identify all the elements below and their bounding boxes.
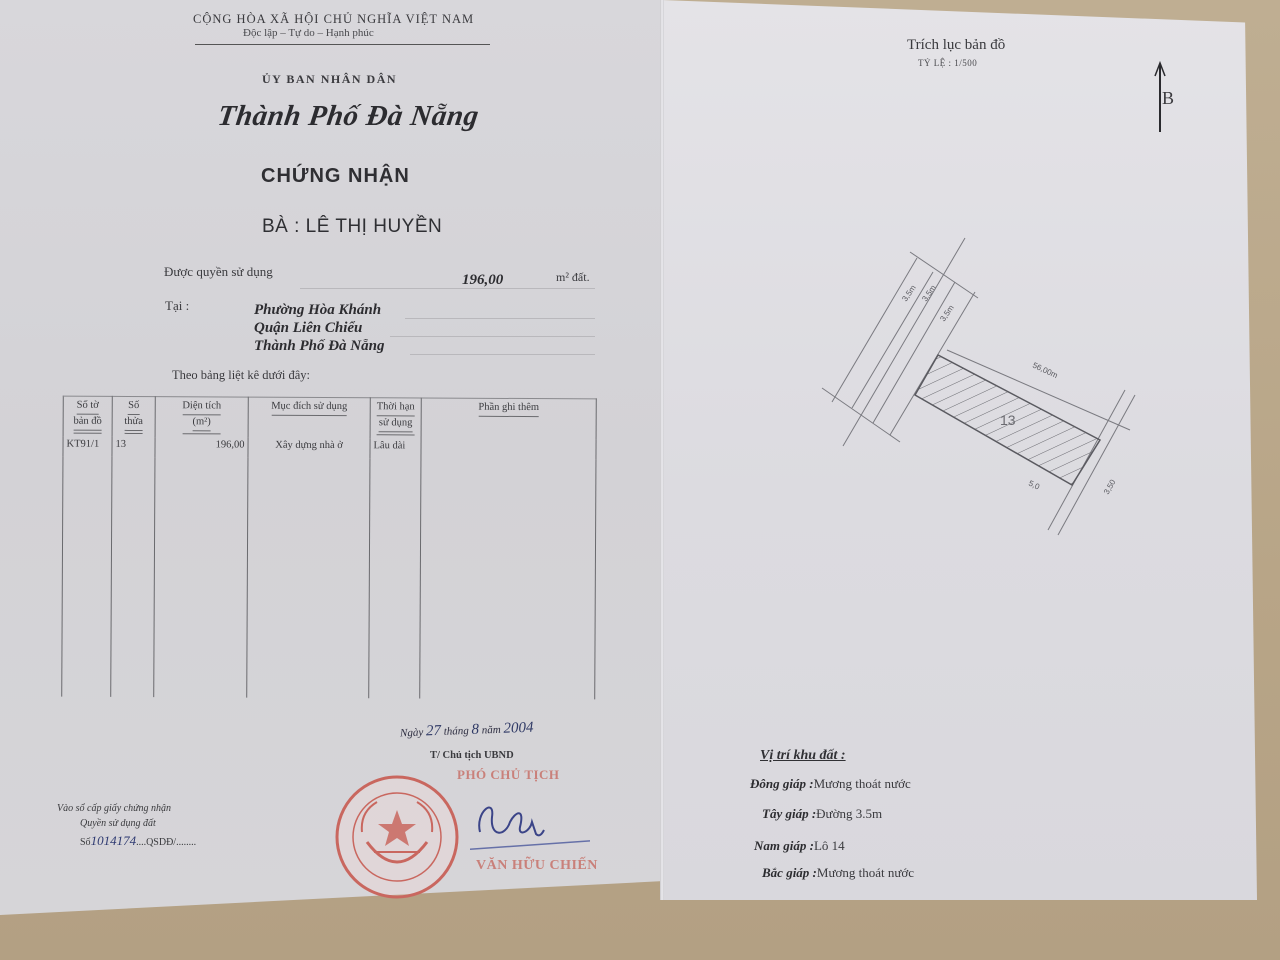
north-arrow-icon: B [1147,60,1177,135]
national-motto: Độc lập – Tự do – Hạnh phúc [243,27,374,39]
cell-term: Lâu dài [370,438,421,458]
col-notes: Phần ghi thêm [421,398,596,439]
border-north: Bắc giáp :Mương thoát nước [762,865,914,881]
area-unit: m² đất. [556,270,590,285]
signer-role-stamp: PHÓ CHỦ TỊCH [457,767,560,783]
page-fold [660,0,664,900]
signature [470,792,590,852]
svg-text:56,00m: 56,00m [1031,361,1059,381]
svg-text:3,5m: 3,5m [920,283,938,303]
col-purpose: Mục đích sử dụng [248,397,370,438]
district: Quận Liên Chiểu [254,320,362,337]
date-month: 8 [471,722,479,738]
cell-notes [421,438,596,459]
map-extract-title: Trích lục bản đồ [907,37,1005,54]
registration-line-1: Vào sổ cấp giấy chứng nhận [57,803,171,814]
cell-area: 196,00 [155,437,248,457]
svg-text:13: 13 [1000,412,1016,428]
certificate-title: CHỨNG NHẬN [261,165,410,188]
table-row: KT91/1 13 196,00 Xây dựng nhà ở Lâu dài [63,437,596,460]
svg-text:3,5m: 3,5m [900,283,918,303]
cell-parcel: 13 [112,437,155,457]
dotted-line [300,288,595,289]
dotted-line [390,336,595,337]
registration-number: Số1014174....QSDĐ/........ [80,833,196,849]
col-area: Diện tích(m²) [155,397,248,438]
ward: Phường Hòa Khánh [254,302,381,319]
svg-text:3,50: 3,50 [1102,478,1118,496]
city: Thành Phố Đà Nẵng [254,338,384,355]
border-east: Đông giáp :Mương thoát nước [750,776,911,792]
cell-purpose: Xây dựng nhà ở [248,438,370,459]
signer-name-stamp: VĂN HỮU CHIẾN [476,858,598,874]
date-day: 27 [426,723,442,740]
table-empty-row [62,457,596,700]
svg-text:B: B [1162,88,1174,108]
map-scale: TỶ LỆ : 1/500 [918,58,977,68]
list-intro: Theo bảng liệt kê dưới đây: [172,368,310,383]
holder-name: BÀ : LÊ THỊ HUYỀN [262,216,442,238]
use-right-label: Được quyền sử dụng [164,264,273,280]
col-parcel: Sốthửa [112,396,155,437]
issuer-label: ỦY BAN NHÂN DÂN [262,72,397,87]
city-name: Thành Phố Đà Nẵng [216,100,481,133]
republic-header: CỘNG HÒA XÃ HỘI CHỦ NGHĨA VIỆT NAM [193,12,474,27]
dotted-line [410,354,595,355]
header-divider [195,44,490,45]
col-map-sheet: Số tờbản đồ [63,396,112,437]
col-term: Thời hạnsử dụng [370,398,421,439]
svg-text:5,0: 5,0 [1027,479,1041,492]
parcel-plan-diagram: 3,5m 3,5m 3,5m 56,00m 5,0 3,50 13 [810,230,1150,550]
official-seal-icon [332,772,462,902]
dotted-line [405,318,595,319]
date-year: 2004 [503,720,534,737]
location-title: Vị trí khu đất : [760,748,846,764]
cell-map-sheet: KT91/1 [63,437,112,457]
border-south: Nam giáp :Lô 14 [754,838,845,854]
area-value: 196,00 [462,272,503,289]
registration-line-2: Quyền sử dụng đất [80,818,156,829]
land-parcel-table: Số tờbản đồ Sốthửa Diện tích(m²) Mục đíc… [61,396,597,700]
border-west: Tây giáp :Đường 3.5m [762,806,882,822]
location-label: Tại : [165,298,189,314]
signer-title: T/ Chủ tịch UBND [430,750,514,761]
